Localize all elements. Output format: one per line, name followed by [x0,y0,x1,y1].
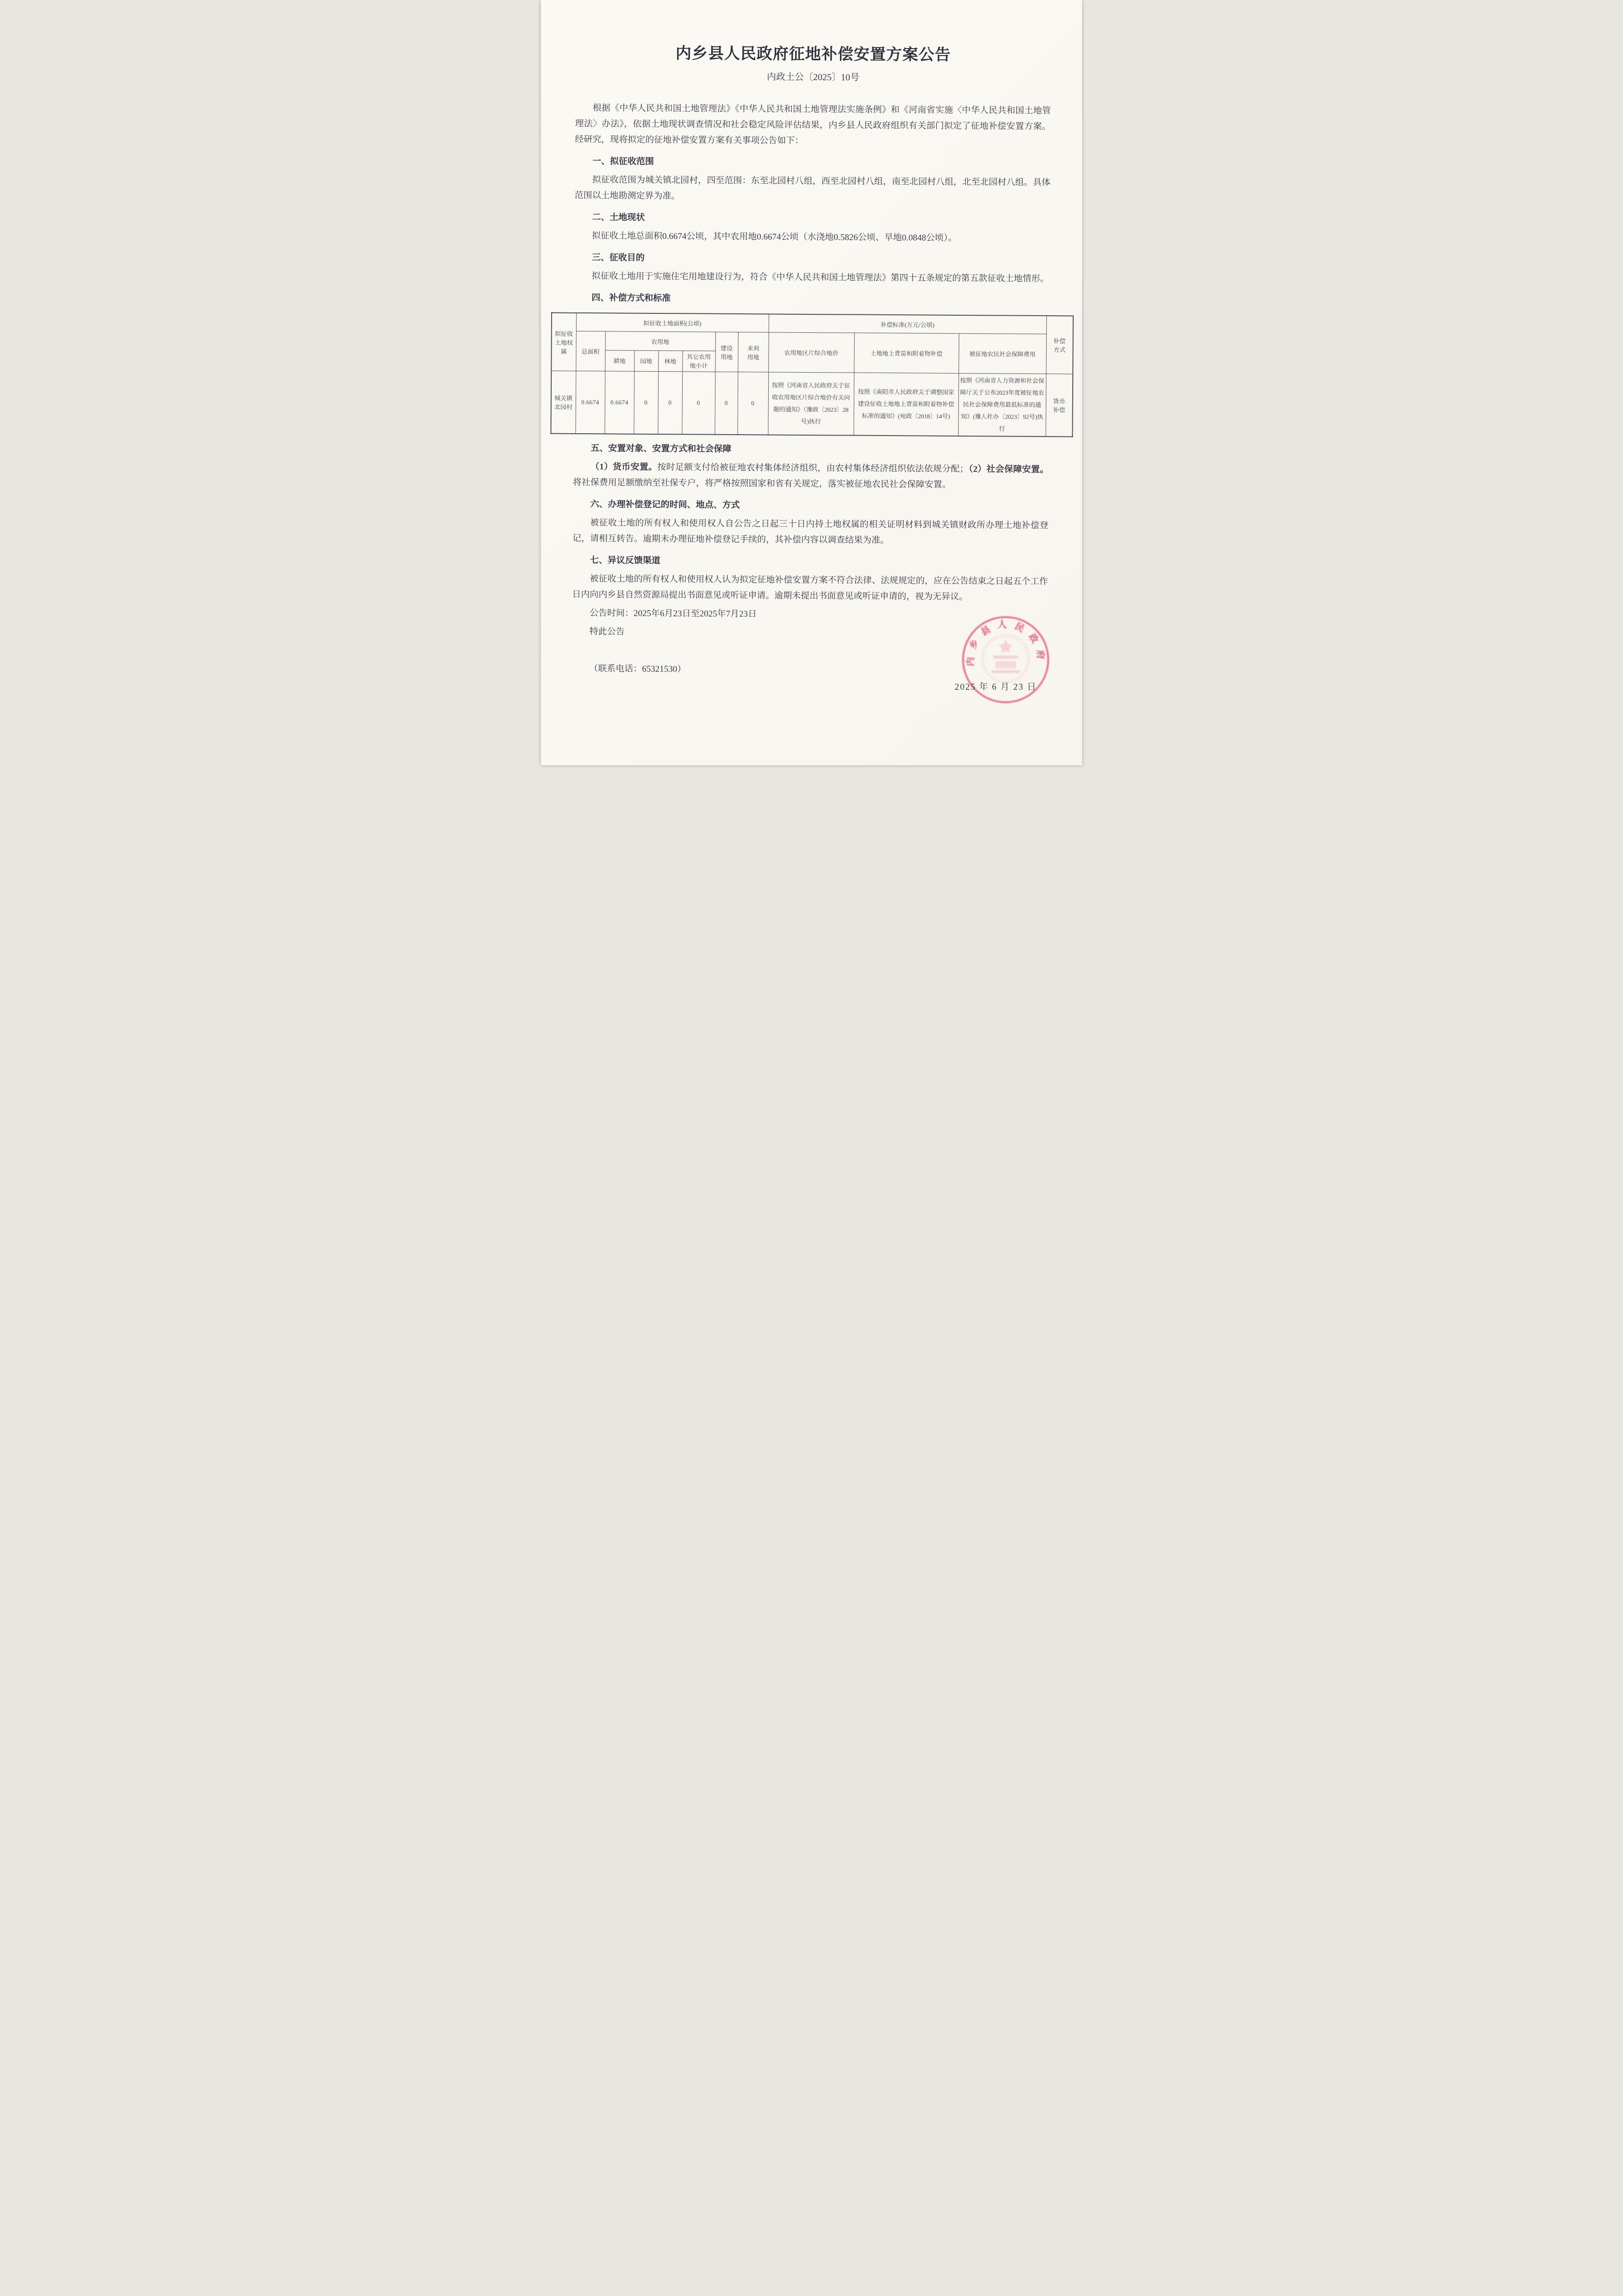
col-header-social: 被征地农民社会保障费用 [958,333,1046,374]
intro-paragraph: 根据《中华人民共和国土地管理法》《中华人民共和国土地管理法实施条例》和《河南省实… [575,100,1051,150]
cell-forest: 0 [658,371,682,434]
seal-emblem [983,636,1029,682]
col-header-price: 农用地区片综合地价 [768,332,854,373]
monetary-resettlement-text: 按时足额支付给被征地农村集体经济组织，由农村集体经济组织依法依规分配； [657,462,969,474]
col-group-agri: 农用地 [605,331,715,351]
cell-other-agri: 0 [682,372,715,435]
section-2-paragraph: 拟征收土地总面积0.6674公顷，其中农用地0.6674公顷（水浇地0.5826… [574,228,1050,247]
cell-unused: 0 [737,372,768,435]
social-resettlement-text: 将社保费用足额缴纳至社保专户，将严格按照国家和省有关规定，落实被征地农民社会保障… [573,478,951,490]
cell-cultivated: 0.6674 [604,371,634,434]
section-5-heading: 五、安置对象、安置方式和社会保障 [573,441,1049,459]
section-1-heading: 一、拟征收范围 [575,154,1051,172]
section-5-paragraph: （1）货币安置。按时足额支付给被征地农村集体经济组织，由农村集体经济组织依法依规… [573,459,1049,493]
cell-social-standard: 按照《河南省人力资源和社会保障厅关于公布2023年度被征地农民社会保障费用最低标… [958,373,1046,437]
section-7-heading: 七、异议反馈渠道 [572,553,1048,571]
col-header-construction: 建设 用地 [715,332,738,372]
compensation-table: 拟征收 土地权 属 拟征收土地面积(公顷) 补偿标准(万元/公顷) 补偿 方式 … [550,312,1074,437]
document-page: 内乡县人民政府征地补偿安置方案公告 内政土公〔2025〕10号 根据《中华人民共… [541,0,1082,765]
section-1-paragraph: 拟征收范围为城关镇北园村，四至范围：东至北园村八组，西至北园村八组，南至北园村八… [574,172,1050,206]
section-7-paragraph: 被征收土地的所有权人和使用权人认为拟定征地补偿安置方案不符合法律、法规规定的，应… [572,571,1048,605]
col-header-total-area: 总面积 [576,331,605,371]
cell-seedling-standard: 按照《南阳市人民政府关于调整国家建设征收土地地上青苗和附着物补偿标准的通知》(宛… [853,373,958,436]
section-3-paragraph: 拟征收土地用于实施住宅用地建设行为，符合《中华人民共和国土地管理法》第四十五条规… [574,268,1050,287]
official-seal: 内乡县人民政府 [957,611,1054,708]
page-title: 内乡县人民政府征地补偿安置方案公告 [575,43,1051,66]
col-header-other-agri: 其它农用 地小计 [682,351,715,372]
col-header-garden: 园地 [634,350,658,371]
social-resettlement-label: （2）社会保障安置。 [969,464,1049,474]
section-4-heading: 四、补偿方式和标准 [574,290,1050,309]
section-6-paragraph: 被征收土地的所有权人和使用权人自公告之日起三十日内持土地权属的相关证明材料到城关… [572,515,1048,549]
document-number: 内政土公〔2025〕10号 [575,69,1051,86]
section-2-heading: 二、土地现状 [574,210,1050,228]
col-header-cultivated: 耕地 [605,350,634,371]
col-header-unused: 未利 用地 [738,332,769,372]
cell-garden: 0 [634,371,658,434]
issue-date: 2025 年 6 月 23 日 [955,680,1037,693]
col-header-forest: 林地 [658,350,682,371]
col-header-method: 补偿 方式 [1046,316,1073,374]
cell-ownership: 城关镇 北园村 [551,371,576,434]
col-group-standard: 补偿标准(万元/公顷) [769,314,1046,334]
cell-method: 货币 补偿 [1045,374,1073,437]
cell-total-area: 0.6674 [575,371,605,434]
col-header-seedling: 土地地上青苗和附着物补偿 [854,333,959,373]
monetary-resettlement-label: （1）货币安置。 [591,462,657,472]
section-3-heading: 三、征收目的 [574,250,1050,268]
document-content: 内乡县人民政府征地补偿安置方案公告 内政土公〔2025〕10号 根据《中华人民共… [541,0,1082,683]
table-row: 城关镇 北园村 0.6674 0.6674 0 0 0 0 0 按照《河南省人民… [551,371,1073,437]
cell-price-standard: 按照《河南省人民政府关于征收农用地区片综合地价有关问题的通知》（豫政〔2023〕… [768,372,854,436]
col-header-ownership: 拟征收 土地权 属 [551,313,576,371]
section-6-heading: 六、办理补偿登记的时间、地点、方式 [572,497,1048,515]
col-group-area: 拟征收土地面积(公顷) [576,313,769,332]
cell-construction: 0 [715,372,738,435]
